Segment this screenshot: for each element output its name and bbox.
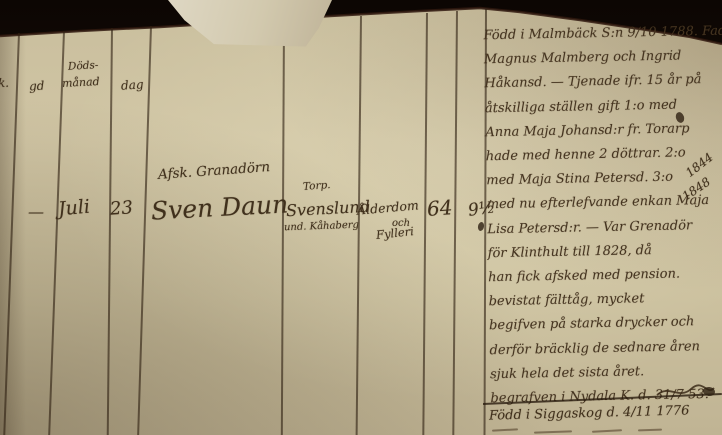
entry-notes: Född i Malmbäck S:n 9/10 1788. Fad. Magn… (483, 20, 722, 412)
header-death-month-1: Döds- (68, 59, 99, 73)
header-day: dag (121, 77, 144, 93)
header-col1: k. (0, 76, 9, 90)
register-photo: k. gd Döds- månad dag — Juli 23 Afsk. Gr… (0, 0, 722, 435)
entry-ditto: — (28, 202, 44, 221)
entry-month: Juli (57, 196, 91, 221)
header-col2: gd (29, 79, 45, 94)
entry-day: 23 (109, 197, 133, 220)
header-death-month-2: månad (62, 75, 100, 90)
entry-place-label: Torp. (303, 179, 331, 193)
entry-age-years: 64 (426, 195, 453, 221)
